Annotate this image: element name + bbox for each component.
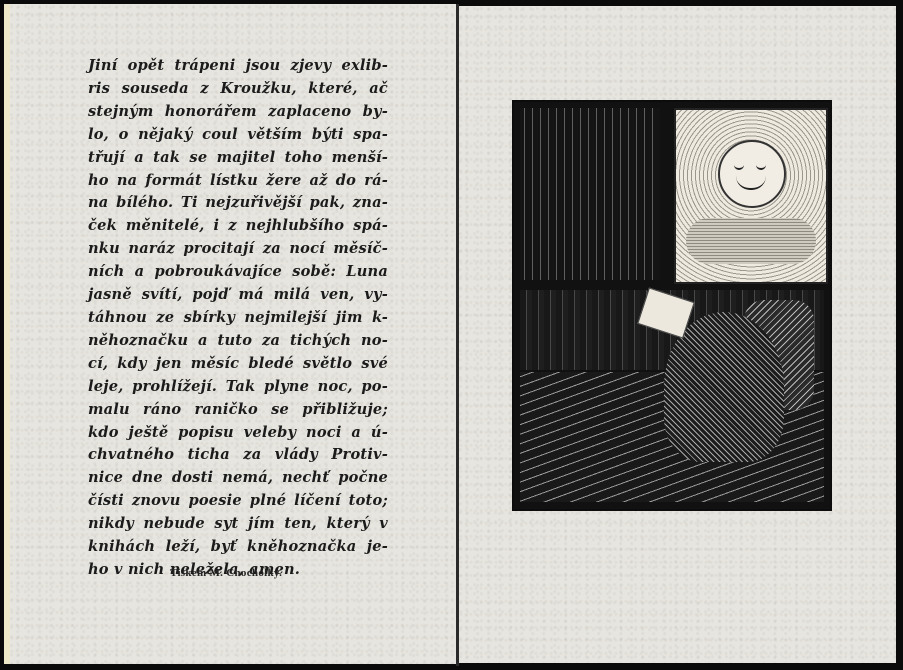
text-line: leje, prohlížejí. Tak plyne noc, po- bbox=[88, 376, 388, 399]
text-line: ho na formát lístku žere až do rá- bbox=[88, 170, 388, 193]
text-line: cí, kdy jen měsíc bledé světlo své bbox=[88, 353, 388, 376]
body-text: Jiní opět trápeni jsou zjevy exlib- ris … bbox=[88, 55, 388, 582]
curtain-illustration bbox=[520, 108, 660, 280]
text-line: Jiní opět trápeni jsou zjevy exlib- bbox=[88, 55, 388, 78]
text-line: ních a pobroukávajíce sobě: Luna bbox=[88, 261, 388, 284]
smiling-sun-icon bbox=[718, 140, 786, 208]
text-line: stejným honorářem zaplaceno by- bbox=[88, 101, 388, 124]
text-line: táhnou ze sbírky nejmilejší jim k- bbox=[88, 307, 388, 330]
text-line: ček měnitelé, i z nejhlubšího spá- bbox=[88, 215, 388, 238]
text-line: ris souseda z Kroužku, které, ač bbox=[88, 78, 388, 101]
sun-eye bbox=[734, 162, 744, 170]
text-line: třují a tak se majitel toho menší- bbox=[88, 147, 388, 170]
text-line: čísti znovu poesie plné líčení toto; bbox=[88, 490, 388, 513]
text-line: něhoznačku a tuto za tichých no- bbox=[88, 330, 388, 353]
text-line: knihách leží, byť kněhoznačka je- bbox=[88, 536, 388, 559]
cloud-illustration bbox=[686, 218, 816, 264]
woodcut-illustration bbox=[512, 100, 832, 511]
text-line: malu ráno raničko se přibližuje; bbox=[88, 399, 388, 422]
left-page: Jiní opět trápeni jsou zjevy exlib- ris … bbox=[4, 4, 456, 664]
text-line: kdo ještě popisu veleby noci a ú- bbox=[88, 422, 388, 445]
sun-eye bbox=[756, 162, 766, 170]
sun-mouth bbox=[736, 176, 766, 190]
window-illustration bbox=[674, 108, 828, 284]
printer-imprint: Tiskem M. Chocholky. bbox=[170, 567, 282, 579]
text-line: nice dne dosti nemá, nechť počne bbox=[88, 467, 388, 490]
text-line: nku naráz procitají za nocí měsíč- bbox=[88, 238, 388, 261]
text-line: nikdy nebude syt jím ten, který v bbox=[88, 513, 388, 536]
text-line: chvatného ticha za vlády Protiv- bbox=[88, 444, 388, 467]
text-line: jasně svítí, pojď má milá ven, vy- bbox=[88, 284, 388, 307]
text-line: na bílého. Ti nejzuřivější pak, zna- bbox=[88, 192, 388, 215]
text-line: lo, o nějaký coul větším býti spa- bbox=[88, 124, 388, 147]
right-page bbox=[459, 6, 896, 663]
